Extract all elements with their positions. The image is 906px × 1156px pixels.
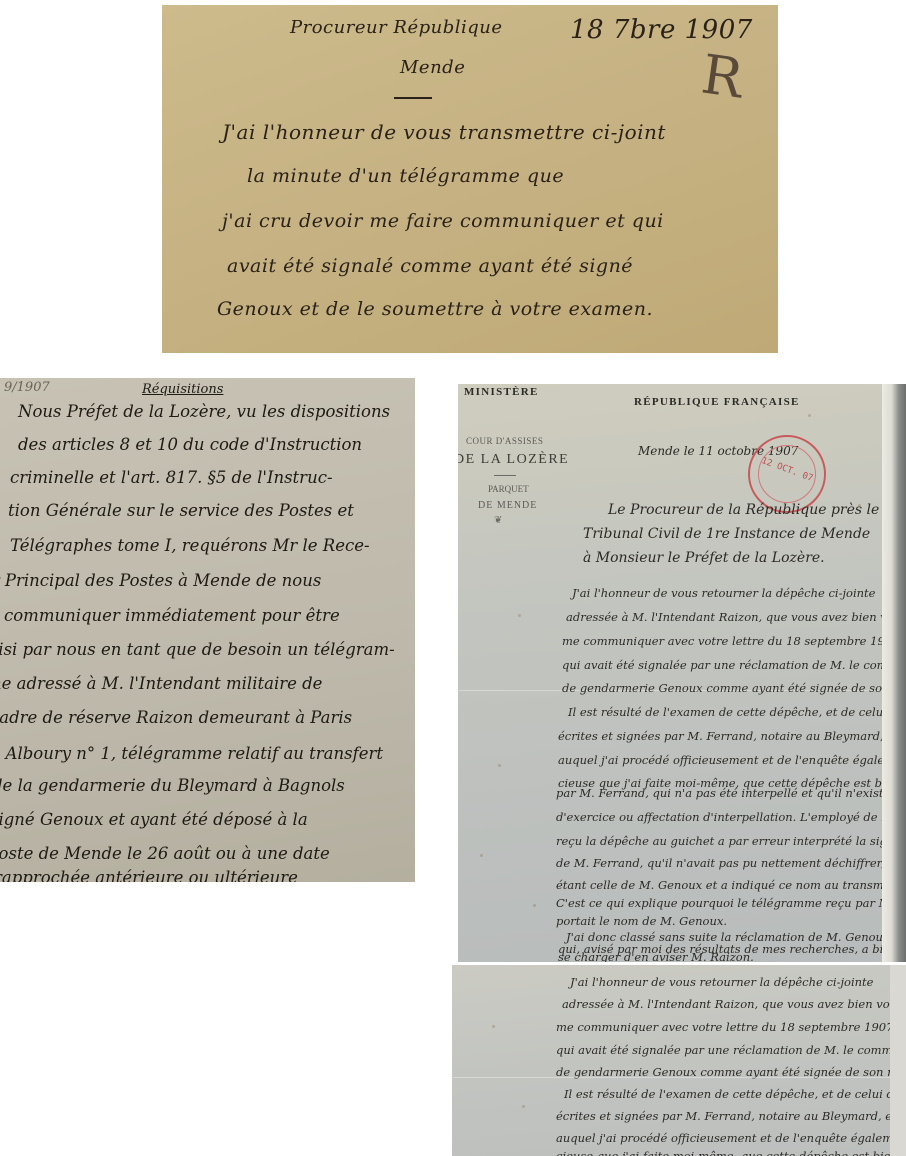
address-line: Le Procureur de la République près le <box>608 502 879 518</box>
letter-line: Genoux et de le soumettre à votre examen… <box>217 298 653 320</box>
court-name-line2: DE LA LOZÈRE <box>458 452 569 468</box>
letterhead-ministry: MINISTÈRE <box>464 386 539 398</box>
paper-edge-shadow <box>882 384 906 962</box>
requisition-panel: 9/1907 Réquisitions Nous Préfet de la Lo… <box>0 378 415 882</box>
requisition-line: poste de Mende le 26 août ou à une date <box>0 844 330 863</box>
body-line: C'est ce qui explique pourquoi le télégr… <box>556 896 886 910</box>
letter-line: avait été signalé comme ayant été signé <box>227 255 633 277</box>
requisition-line: rapprochée antérieure ou ultérieure <box>0 868 298 882</box>
paper-fold <box>452 1077 890 1078</box>
requisition-line: saisi par nous en tant que de besoin un … <box>0 640 395 659</box>
letter-header-date: 18 7bre 1907 <box>570 15 753 45</box>
requisition-line: de la gendarmerie du Bleymard à Bagnols <box>0 776 345 795</box>
letter-line: j'ai cru devoir me faire communiquer et … <box>222 210 664 232</box>
requisition-line: Nous Préfet de la Lozère, vu les disposi… <box>18 402 390 421</box>
body-line: qui avait été signalée par une réclamati… <box>562 658 886 672</box>
letter-header-place: Mende <box>400 57 465 78</box>
requisition-line: communiquer immédiatement pour être <box>4 606 340 625</box>
body-line: par M. Ferrand, qui n'a pas été interpel… <box>556 786 886 800</box>
letter-line: J'ai l'honneur de vous transmettre ci-jo… <box>222 120 666 144</box>
body-line: de M. Ferrand, qu'il n'avait pas pu nett… <box>556 856 886 870</box>
body-line: adressée à M. l'Intendant Raizon, que vo… <box>566 610 886 624</box>
paper-edge <box>890 965 906 1156</box>
official-letter-panel: MINISTÈRE RÉPUBLIQUE FRANÇAISE COUR D'AS… <box>458 384 886 962</box>
body-line: reçu la dépêche au guichet a par erreur … <box>556 834 886 848</box>
requisition-line: veur Principal des Postes à Mende de nou… <box>0 571 321 590</box>
court-name-line1: COUR D'ASSISES <box>466 436 543 446</box>
requisition-line: criminelle et l'art. 817. §5 de l'Instru… <box>10 468 333 487</box>
court-name-line4: DE MENDE <box>478 500 537 511</box>
address-line: Tribunal Civil de 1re Instance de Mende <box>583 526 870 542</box>
requisition-line: tion Générale sur le service des Postes … <box>8 501 354 520</box>
fragment-line: auquel j'ai procédé officieusement et de… <box>556 1131 890 1145</box>
court-name-line3: PARQUET <box>488 484 529 494</box>
requisition-title: Réquisitions <box>142 382 223 397</box>
letter-line: la minute d'un télégramme que <box>247 165 564 187</box>
fragment-line: écrites et signées par M. Ferrand, notai… <box>556 1109 890 1123</box>
body-line: me communiquer avec votre lettre du 18 s… <box>562 634 886 648</box>
margin-initial-mark: R <box>698 42 748 110</box>
ornament-icon: ❦ <box>494 515 502 526</box>
body-line: auquel j'ai procédé officieusement et de… <box>558 753 886 767</box>
margin-date-note: 9/1907 <box>4 380 50 395</box>
body-line: d'exercice ou affectation d'interpellati… <box>556 810 886 824</box>
fragment-line: me communiquer avec votre lettre du 18 s… <box>556 1020 890 1034</box>
body-line: portait le nom de M. Genoux. <box>556 914 727 928</box>
fragment-line: qui avait été signalée par une réclamati… <box>556 1043 890 1057</box>
header-divider <box>394 97 432 99</box>
requisition-line: me adressé à M. l'Intendant militaire de <box>0 674 322 693</box>
top-letter-panel: Procureur République 18 7bre 1907 Mende … <box>162 5 778 353</box>
letter-fragment-panel: J'ai l'honneur de vous retourner la dépê… <box>452 965 890 1156</box>
requisition-line: signé Genoux et ayant été déposé à la <box>0 810 308 829</box>
fragment-line: adressée à M. l'Intendant Raizon, que vo… <box>562 997 890 1011</box>
requisition-line: cadre de réserve Raizon demeurant à Pari… <box>0 708 352 727</box>
body-line: écrites et signées par M. Ferrand, notai… <box>558 729 886 743</box>
letterhead-republic: RÉPUBLIQUE FRANÇAISE <box>634 396 800 408</box>
requisition-line: rue Alboury n° 1, télégramme relatif au … <box>0 744 383 763</box>
body-line: étant celle de M. Genoux et a indiqué ce… <box>556 878 886 892</box>
letter-header-sender: Procureur République <box>290 17 503 38</box>
body-line: Il est résulté de l'examen de cette dépê… <box>568 705 886 719</box>
body-line: se charger d'en aviser M. Raizon. <box>558 950 754 962</box>
fragment-line: J'ai l'honneur de vous retourner la dépê… <box>570 975 873 989</box>
fragment-line: Il est résulté de l'examen de cette dépê… <box>564 1087 890 1101</box>
court-divider <box>494 475 516 476</box>
address-line: à Monsieur le Préfet de la Lozère. <box>583 550 825 566</box>
fragment-line: cieuse que j'ai faite moi-même, que cett… <box>556 1149 890 1156</box>
body-line: J'ai l'honneur de vous retourner la dépê… <box>572 586 875 600</box>
body-line: de gendarmerie Genoux comme ayant été si… <box>562 681 886 695</box>
requisition-line: des articles 8 et 10 du code d'Instructi… <box>18 435 362 454</box>
requisition-line: Télégraphes tome I, requérons Mr le Rece… <box>10 536 370 555</box>
